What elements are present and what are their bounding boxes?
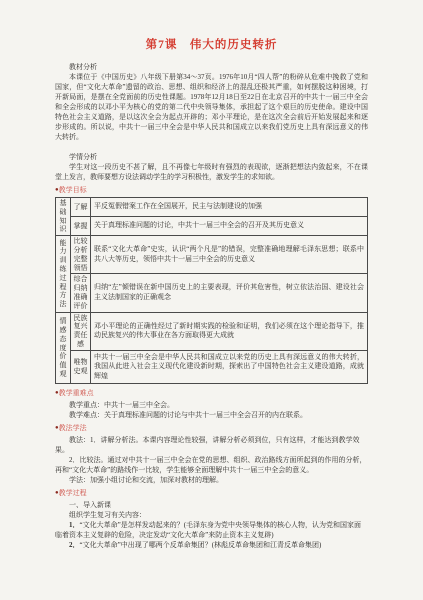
- methods-line: 教法：1．讲解分析法。本课内容理论性较强，讲解分析必须到位，只有这样，才能达到教…: [55, 435, 368, 455]
- question-text: “文化大革命”是怎样发动起来的？(毛泽东身为党中央领导集体的核心人物，认为党和国…: [55, 521, 361, 539]
- goal-sub-label: 掌握: [71, 217, 91, 236]
- process-heading: ●教学过程: [55, 488, 368, 498]
- lesson-title: 第7课 伟大的历史转折: [55, 36, 368, 52]
- learner-analysis-body: 学生对这一段历史不甚了解，且不再像七年级时有强烈的表现欲，逐渐把想法内敛起来，不…: [55, 162, 368, 182]
- goal-sub-label: 了解: [71, 198, 91, 217]
- learner-analysis-heading: 学情分析: [55, 152, 368, 162]
- lesson-plan-page: 第7课 伟大的历史转折 教材分析 本课位于《中国历史》八年级下册第34～37页。…: [0, 0, 423, 600]
- table-row: 掌握 关于真理标准问题的讨论，中共十一届三中全会的召开及其历史意义: [56, 217, 368, 236]
- material-analysis-body: 本课位于《中国历史》八年级下册第34～37页。1976年10月“四人帮”的粉碎从…: [55, 72, 368, 142]
- question-number: 1．: [69, 521, 80, 529]
- methods-line: 2．比较法。通过对中共十一届三中全会在党的思想、组织、政治路线方面所起到的作用的…: [55, 455, 368, 475]
- table-row: 综合归纳准确评价 归纳“左”倾错误在新中国历史上的主要表现，评价其危害性，树立依…: [56, 274, 368, 312]
- table-row: 基础知识 了解 平反冤假错案工作在全国展开，民主与法制建设的加强: [56, 198, 368, 217]
- review-question: 2．“文化大革命”中出现了哪两个反革命集团？(林彪反革命集团和江青反革命集团): [55, 540, 368, 550]
- goal-category-basic: 基础知识: [56, 198, 71, 236]
- goal-content: 联系“文化大革命”史实，认识“两个凡是”的错误，完整准确地理解毛泽东思想；联系中…: [91, 236, 368, 274]
- goal-sub-label: 民族复兴责任感: [71, 312, 91, 350]
- table-row: 能力训练过程方法 比较分析完整领悟 联系“文化大革命”史实，认识“两个凡是”的错…: [56, 236, 368, 274]
- key-points-heading: ●教学重难点: [55, 388, 368, 398]
- goal-content: 中共十一届三中全会是中华人民共和国成立以来党的历史上具有深远意义的伟大转折，我国…: [91, 350, 368, 384]
- goal-category-emotion: 情感态度价值观: [56, 312, 71, 384]
- goal-content: 关于真理标准问题的讨论，中共十一届三中全会的召开及其历史意义: [91, 217, 368, 236]
- goal-category-ability: 能力训练过程方法: [56, 236, 71, 312]
- goal-content: 平反冤假错案工作在全国展开，民主与法制建设的加强: [91, 198, 368, 217]
- key-point-line: 教学重点：中共十一届三中全会。: [55, 400, 368, 410]
- process-intro-heading: 一、导入新课: [55, 500, 368, 510]
- review-question: 1．“文化大革命”是怎样发动起来的？(毛泽东身为党中央领导集体的核心人物，认为党…: [55, 520, 368, 540]
- table-row: 情感态度价值观 民族复兴责任感 邓小平理论的正确性经过了新时期实践的检验和证明，…: [56, 312, 368, 350]
- difficult-point-line: 教学难点：关于真理标准问题的讨论与中共十一届三中全会召开的内在联系。: [55, 410, 368, 420]
- question-text: “文化大革命”中出现了哪两个反革命集团？(林彪反革命集团和江青反革命集团): [80, 541, 322, 549]
- teaching-goals-table: 基础知识 了解 平反冤假错案工作在全国展开，民主与法制建设的加强 掌握 关于真理…: [55, 197, 368, 384]
- table-row: 唯物史观 中共十一届三中全会是中华人民共和国成立以来党的历史上具有深远意义的伟大…: [56, 350, 368, 384]
- goal-content: 邓小平理论的正确性经过了新时期实践的检验和证明，我们必须在这个理论指导下，推动民…: [91, 312, 368, 350]
- question-number: 2．: [69, 541, 80, 549]
- teaching-goals-heading: ●教学目标: [55, 185, 368, 195]
- process-intro-line: 组织学生复习有关内容：: [55, 510, 368, 520]
- material-analysis-heading: 教材分析: [55, 62, 368, 72]
- methods-heading: ●教法学法: [55, 423, 368, 433]
- goal-sub-label: 唯物史观: [71, 350, 91, 384]
- goal-sub-label: 综合归纳准确评价: [71, 274, 91, 312]
- methods-line: 学法：加强小组讨论和交流，加深对教材的理解。: [55, 475, 368, 485]
- goal-content: 归纳“左”倾错误在新中国历史上的主要表现，评价其危害性，树立依法治国、建设社会主…: [91, 274, 368, 312]
- goal-sub-label: 比较分析完整领悟: [71, 236, 91, 274]
